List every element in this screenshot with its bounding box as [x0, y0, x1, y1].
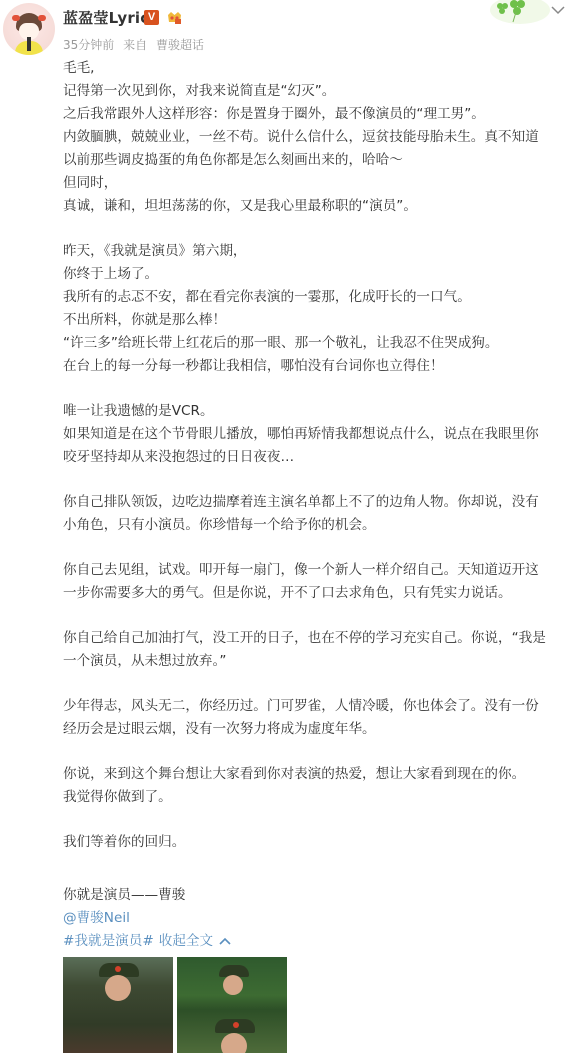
text-line: 一个演员，从未想过放弃。” [63, 650, 573, 673]
text-line: 我所有的忐忑不安，都在看完你表演的一霎那，化成吁长的一口气。 [63, 286, 573, 309]
text-line: 但同时， [63, 172, 573, 195]
text-line: 经历会是过眼云烟，没有一次努力将成为虚度年华。 [63, 718, 573, 741]
text-line: 你自己排队领饭，边吃边揣摩着连主演名单都上不了的边角人物。你却说，没有 [63, 491, 573, 514]
text-line: “许三多”给班长带上红花后的那一眼、那一个敬礼，让我忍不住哭成狗。 [63, 332, 573, 355]
text-line: 你自己给自己加油打气，没工开的日子，也在不停的学习充实自己。你说，“我是 [63, 627, 573, 650]
text-line: 你终于上场了。 [63, 263, 573, 286]
collapse-button[interactable]: 收起全文 [159, 933, 213, 949]
post-time[interactable]: 35分钟前 [63, 38, 114, 52]
post-image-1[interactable] [63, 957, 173, 1053]
text-line: 昨天，《我就是演员》第六期， [63, 240, 573, 263]
avatar-tie [27, 37, 31, 51]
image-badge [115, 966, 121, 972]
author-name[interactable]: 蓝盈莹Lyric [63, 7, 149, 28]
source-prefix: 来自 [123, 38, 147, 52]
post-footer-links: #我就是演员#收起全文 [63, 930, 231, 953]
avatar[interactable] [3, 3, 55, 55]
avatar-bow-left [12, 15, 20, 21]
image-badge [233, 1022, 239, 1028]
post-signature: 你就是演员——曹骏 @曹骏Neil [63, 884, 185, 930]
chevron-down-icon[interactable] [551, 5, 565, 15]
text-line: 我觉得你做到了。 [63, 786, 573, 809]
text-line: 你说，来到这个舞台想让大家看到你对表演的热爱，想让大家看到现在的你。 [63, 763, 573, 786]
image-face [105, 975, 131, 1001]
post-meta: 35分钟前 来自 曹骏超话 [63, 36, 209, 53]
text-line: 如果知道是在这个节骨眼儿播放，哪怕再矫情我都想说点什么，说点在我眼里你 [63, 423, 573, 446]
text-line: 之后我常跟外人这样形容：你是置身于圈外，最不像演员的“理工男”。 [63, 103, 573, 126]
image-face [223, 975, 243, 995]
text-line: 一步你需要多大的勇气。但是你说，开不了口去求角色，只有凭实力说话。 [63, 582, 573, 605]
text-line: 以前那些调皮捣蛋的角色你都是怎么刻画出来的，哈哈～ [63, 149, 573, 172]
post-body: 毛毛, 记得第一次见到你，对我来说简直是“幻灭”。 之后我常跟外人这样形容：你是… [63, 57, 573, 854]
text-line: 唯一让我遗憾的是VCR。 [63, 400, 573, 423]
text-line: 我们等着你的回归。 [63, 831, 573, 854]
post-image-2[interactable] [177, 957, 287, 1053]
chevron-up-icon[interactable] [219, 937, 231, 945]
verified-icon: V [144, 10, 159, 25]
text-line: 真诚，谦和，坦坦荡荡的你，又是我心里最称职的“演员”。 [63, 195, 573, 218]
source-link[interactable]: 曹骏超话 [156, 38, 204, 52]
image-face [221, 1033, 247, 1053]
signature-text: 你就是演员——曹骏 [63, 884, 185, 907]
text-line: 毛毛, [63, 57, 573, 80]
mention-link[interactable]: @曹骏Neil [63, 907, 185, 930]
text-line: 你自己去见组，试戏。叩开每一扇门，像一个新人一样介绍自己。天知道迈开这 [63, 559, 573, 582]
hashtag-link[interactable]: #我就是演员# [63, 933, 154, 949]
text-line: 在台上的每一分每一秒都让我相信，哪怕没有台词你也立得住！ [63, 355, 573, 378]
text-line: 少年得志，风头无二，你经历过。门可罗雀，人情冷暖，你也体会了。没有一份 [63, 695, 573, 718]
clover-decoration-icon [480, 0, 550, 24]
avatar-bow-right [38, 15, 46, 21]
member-crown-icon [166, 9, 183, 25]
text-line: 咬牙坚持却从来没抱怨过的日日夜夜… [63, 446, 573, 469]
text-line: 不出所料，你就是那么棒！ [63, 309, 573, 332]
text-line: 内敛腼腆，兢兢业业，一丝不苟。说什么信什么，逗贫技能母胎未生。真不知道 [63, 126, 573, 149]
text-line: 小角色，只有小演员。你珍惜每一个给予你的机会。 [63, 514, 573, 537]
text-line: 记得第一次见到你，对我来说简直是“幻灭”。 [63, 80, 573, 103]
